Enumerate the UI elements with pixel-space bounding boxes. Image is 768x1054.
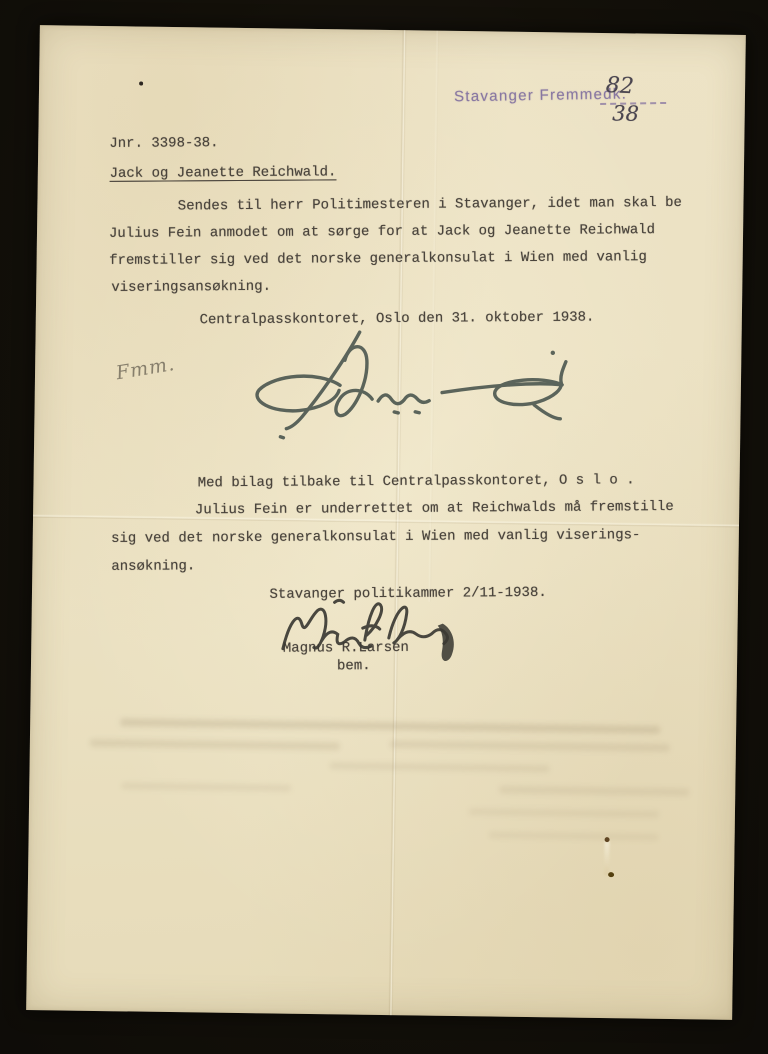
paragraph2-line2: Julius Fein er underrettet om at Reichwa…: [195, 498, 674, 519]
paragraph1-line4: viseringsansøkning.: [111, 278, 271, 297]
paragraph1-line3: fremstiller sig ved det norske generalko…: [109, 248, 647, 270]
paragraph2-line1: Med bilag tilbake til Centralpasskontore…: [198, 471, 635, 492]
scanned-letter-page: Stavanger Fremmedk. 82 38 Jnr. 3398-38. …: [26, 25, 746, 1020]
paragraph1-line2: Julius Fein anmodet om at sørge for at J…: [109, 221, 655, 243]
handwritten-file-number-top: 82: [605, 73, 634, 99]
subject-line: Jack og Jeanette Reichwald.: [109, 163, 336, 183]
paragraph2-line3: sig ved det norske generalkonsulat i Wie…: [111, 526, 640, 548]
paragraph2-line4: ansøkning.: [111, 557, 195, 576]
registry-stamp: Stavanger Fremmedk. 82 38: [454, 86, 627, 107]
signature-centralpasskontoret: [244, 327, 581, 445]
handwritten-file-number-bottom: 38: [612, 101, 639, 126]
pencil-margin-note: Fmm.: [115, 353, 177, 384]
signature-magnus-larsen: [277, 595, 473, 696]
journal-number: Jnr. 3398-38.: [109, 134, 218, 153]
paragraph1-line1: Sendes til herr Politimesteren i Stavang…: [178, 194, 682, 216]
letter-content: Stavanger Fremmedk. 82 38 Jnr. 3398-38. …: [30, 28, 743, 1018]
